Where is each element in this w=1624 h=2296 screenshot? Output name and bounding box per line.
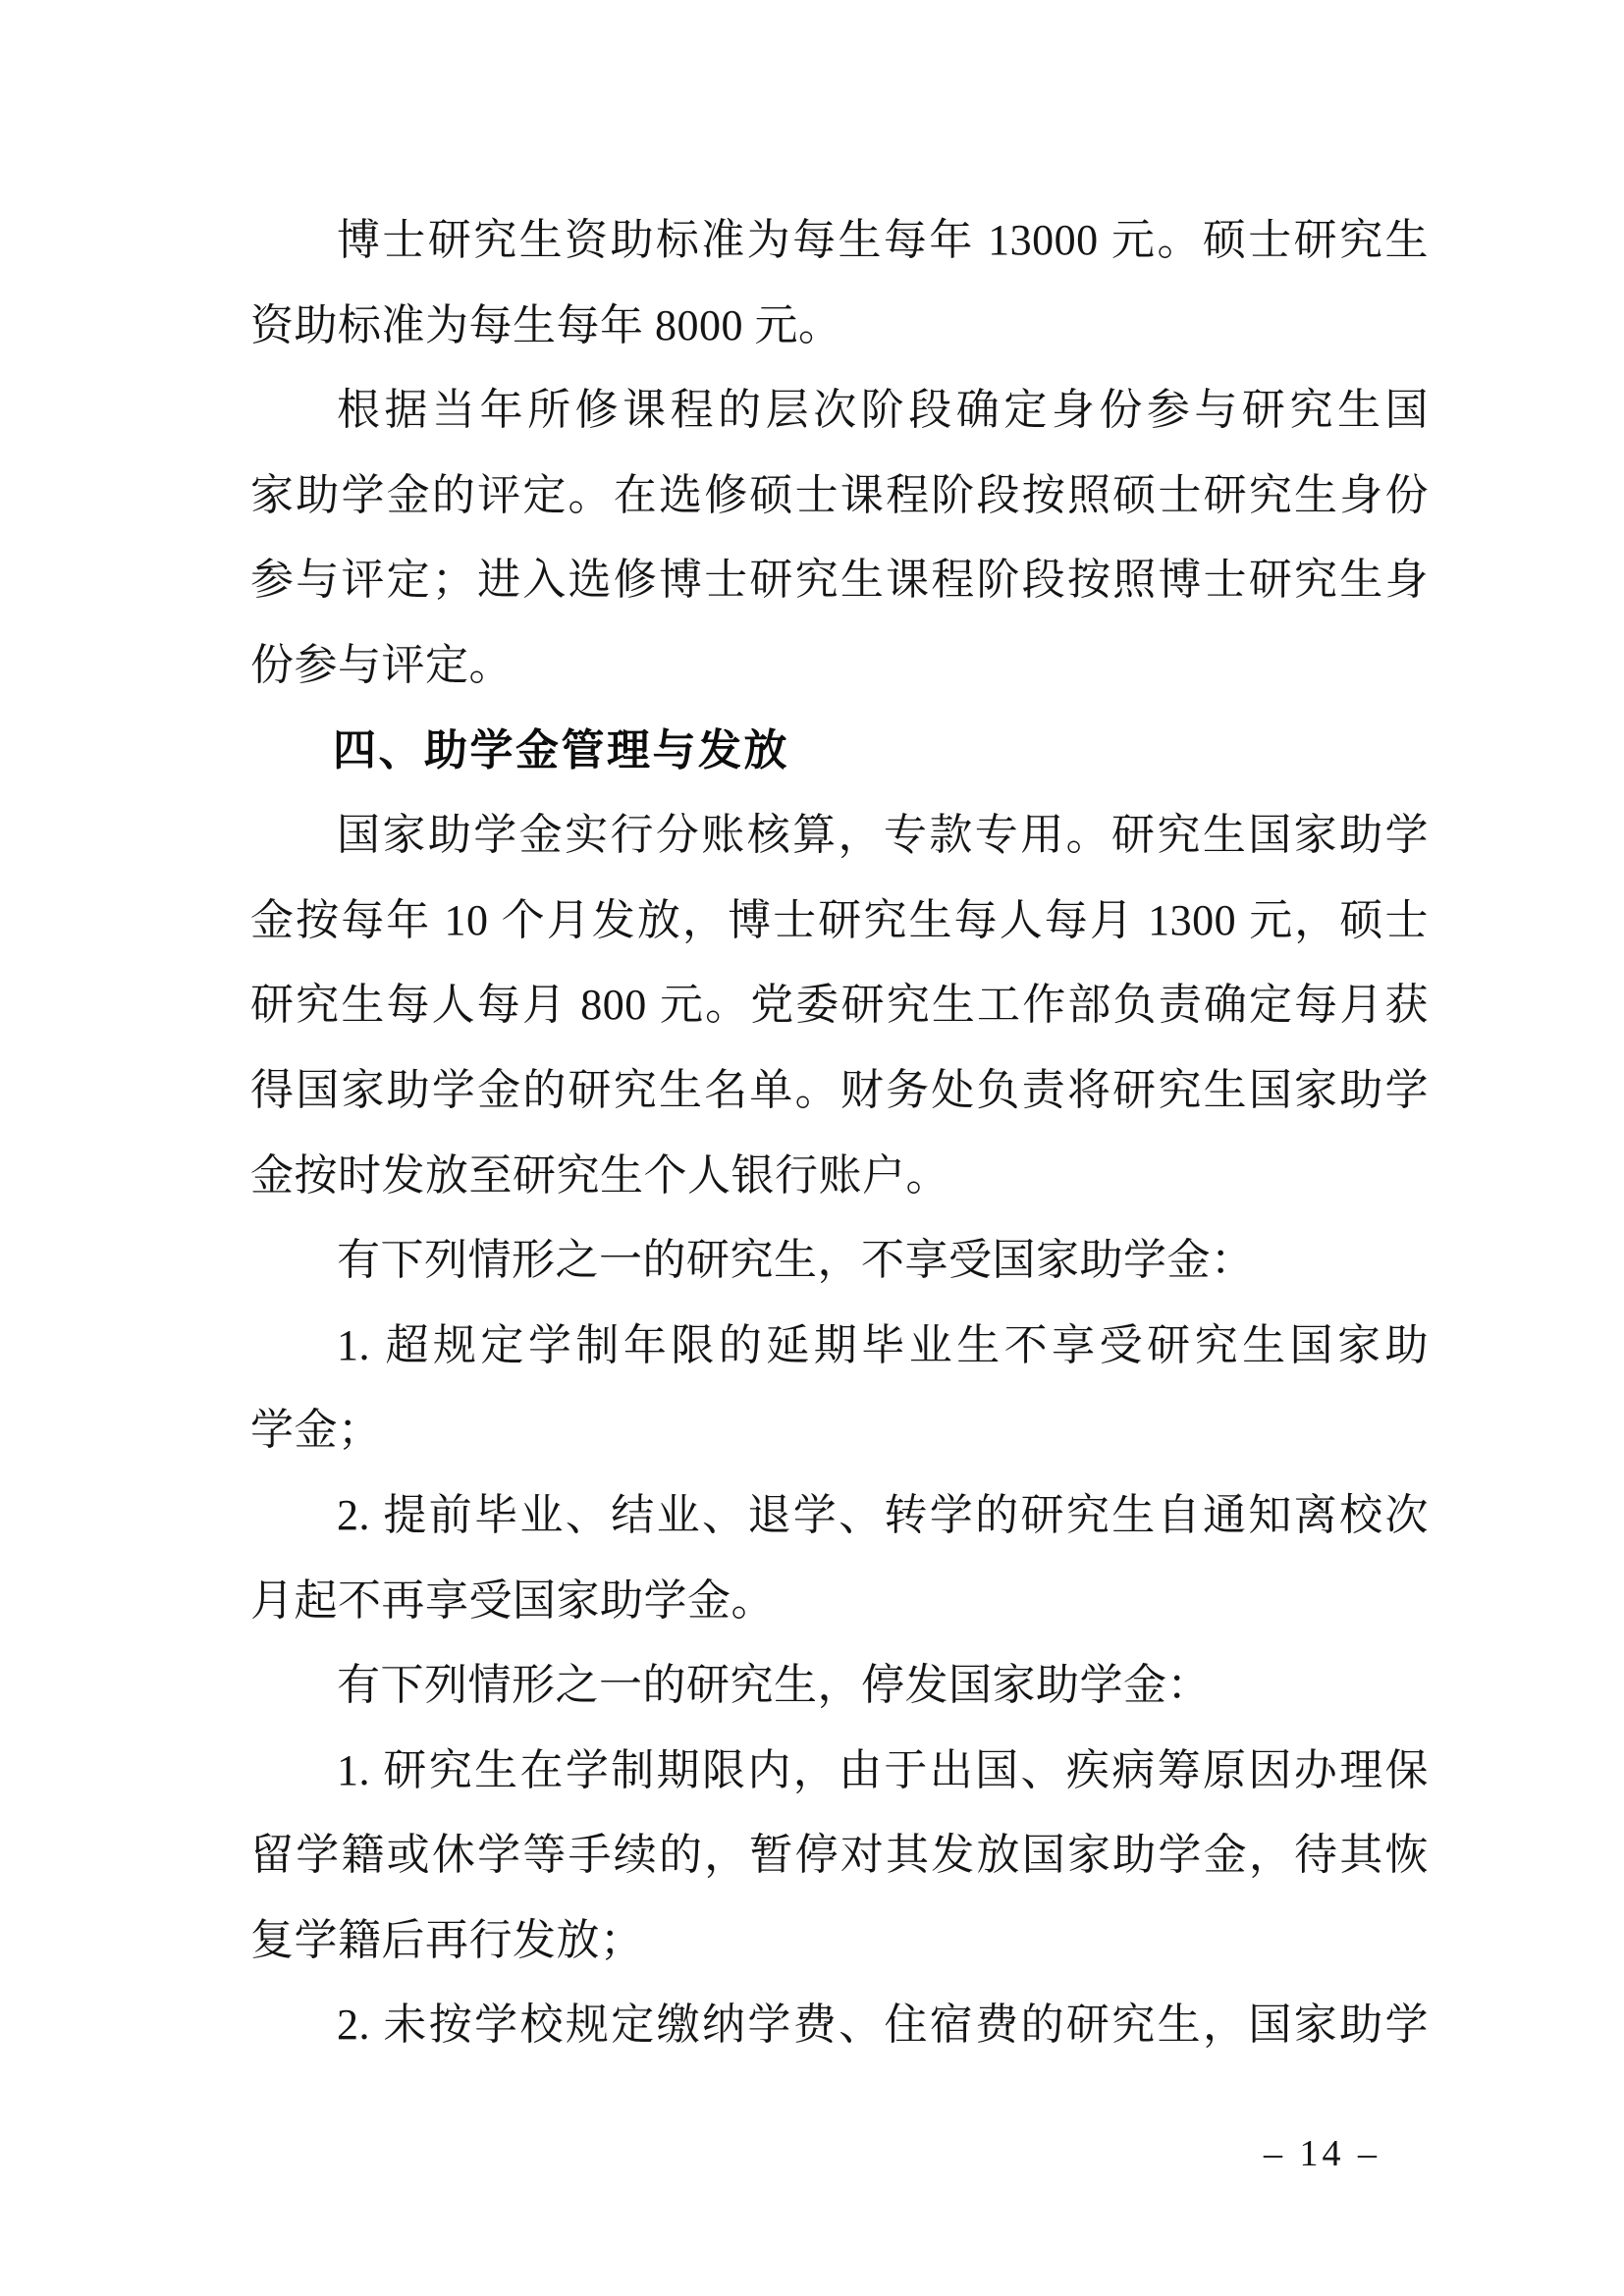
section-heading: 四、助学金管理与发放 [250, 709, 1429, 794]
document-body: 博士研究生资助标准为每生每年 13000 元。硕士研究生资助标准为每生每年 80… [250, 198, 1429, 2068]
text-line: 有下列情形之一的研究生，不享受国家助学金： [250, 1218, 1429, 1304]
paragraph: 根据当年所修课程的层次阶段确定身份参与研究生国家助学金的评定。在选修硕士课程阶段… [250, 368, 1429, 708]
paragraph: 2. 未按学校规定缴纳学费、住宿费的研究生，国家助学 [250, 1983, 1429, 2068]
text-line: 复学籍后再行发放； [250, 1898, 1429, 1984]
paragraph: 1. 超规定学制年限的延期毕业生不享受研究生国家助学金； [250, 1304, 1429, 1473]
text-line: 份参与评定。 [250, 623, 1429, 709]
text-line: 国家助学金实行分账核算，专款专用。研究生国家助学 [250, 793, 1429, 879]
text-line: 月起不再享受国家助学金。 [250, 1559, 1429, 1644]
paragraph: 有下列情形之一的研究生，停发国家助学金： [250, 1643, 1429, 1729]
text-line: 1. 超规定学制年限的延期毕业生不享受研究生国家助 [250, 1304, 1429, 1389]
text-line: 2. 未按学校规定缴纳学费、住宿费的研究生，国家助学 [250, 1983, 1429, 2068]
page-number: – 14 – [1264, 2133, 1380, 2174]
text-line: 家助学金的评定。在选修硕士课程阶段按照硕士研究生身份 [250, 454, 1429, 539]
text-line: 金按时发放至研究生个人银行账户。 [250, 1134, 1429, 1219]
text-line: 得国家助学金的研究生名单。财务处负责将研究生国家助学 [250, 1048, 1429, 1134]
text-line: 博士研究生资助标准为每生每年 13000 元。硕士研究生 [250, 198, 1429, 284]
text-line: 资助标准为每生每年 8000 元。 [250, 284, 1429, 369]
text-line: 学金； [250, 1388, 1429, 1473]
text-line: 有下列情形之一的研究生，停发国家助学金： [250, 1643, 1429, 1729]
paragraph: 博士研究生资助标准为每生每年 13000 元。硕士研究生资助标准为每生每年 80… [250, 198, 1429, 368]
text-line: 2. 提前毕业、结业、退学、转学的研究生自通知离校次 [250, 1473, 1429, 1559]
text-line: 留学籍或休学等手续的，暂停对其发放国家助学金，待其恢 [250, 1813, 1429, 1898]
paragraph: 国家助学金实行分账核算，专款专用。研究生国家助学金按每年 10 个月发放，博士研… [250, 793, 1429, 1218]
paragraph: 1. 研究生在学制期限内，由于出国、疾病筹原因办理保留学籍或休学等手续的，暂停对… [250, 1729, 1429, 1984]
page-footer: – 14 – [1264, 2130, 1380, 2177]
text-line: 1. 研究生在学制期限内，由于出国、疾病筹原因办理保 [250, 1729, 1429, 1814]
text-line: 参与评定；进入选修博士研究生课程阶段按照博士研究生身 [250, 538, 1429, 623]
paragraph: 有下列情形之一的研究生，不享受国家助学金： [250, 1218, 1429, 1304]
document-page: 博士研究生资助标准为每生每年 13000 元。硕士研究生资助标准为每生每年 80… [0, 0, 1624, 2296]
text-line: 研究生每人每月 800 元。党委研究生工作部负责确定每月获 [250, 963, 1429, 1048]
text-line: 金按每年 10 个月发放，博士研究生每人每月 1300 元，硕士 [250, 879, 1429, 964]
text-line: 根据当年所修课程的层次阶段确定身份参与研究生国 [250, 368, 1429, 454]
paragraph: 2. 提前毕业、结业、退学、转学的研究生自通知离校次月起不再享受国家助学金。 [250, 1473, 1429, 1643]
heading-line: 四、助学金管理与发放 [250, 709, 1429, 794]
